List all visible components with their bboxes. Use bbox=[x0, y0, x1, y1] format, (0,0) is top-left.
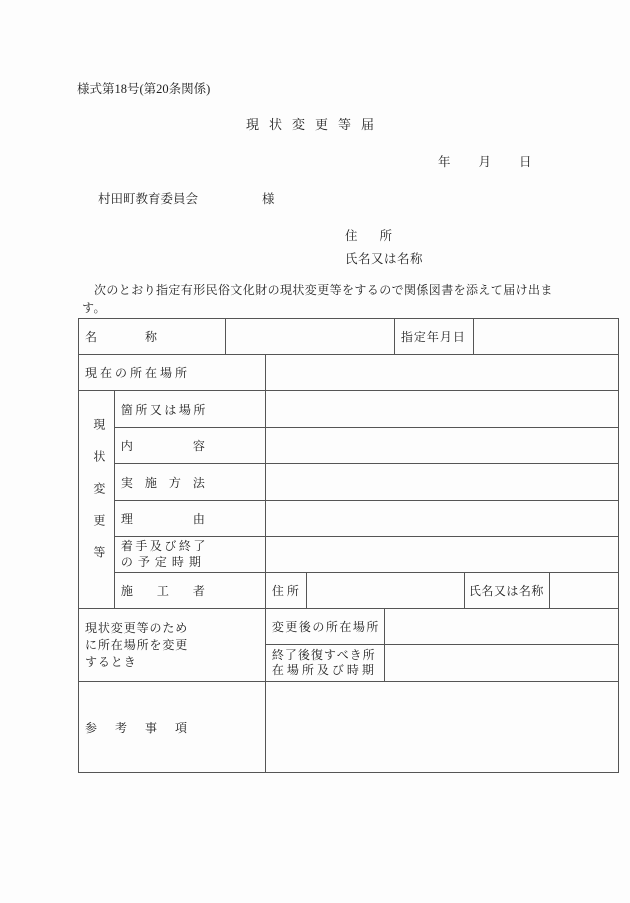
restore-label-line2: 在場所及び時期 bbox=[272, 663, 384, 679]
recipient-line: 村田町教育委員会 様 bbox=[98, 192, 275, 207]
page-title: 現状変更等届 bbox=[0, 117, 630, 132]
restore-label: 終了後復すべき所 在場所及び時期 bbox=[265, 645, 384, 682]
schedule-label-line2: の予定時期 bbox=[121, 555, 265, 571]
remarks-value-cell bbox=[265, 682, 618, 773]
row-method: 実施方法 bbox=[79, 464, 619, 501]
row-reason: 理由 bbox=[79, 501, 619, 537]
content-label: 内容 bbox=[114, 428, 265, 464]
document-page: { "page": { "form_number": "様式第18号(第20条関… bbox=[0, 0, 630, 903]
row-remarks: 参考事項 bbox=[79, 682, 619, 773]
address-label: 住所 bbox=[345, 229, 414, 244]
method-value-cell bbox=[265, 464, 618, 501]
row-current-location: 現在の所在場所 bbox=[79, 355, 619, 391]
current-location-value-cell bbox=[265, 355, 618, 391]
restore-label-line1: 終了後復すべき所 bbox=[272, 648, 384, 664]
remarks-label: 参考事項 bbox=[79, 682, 266, 773]
honorific: 様 bbox=[262, 192, 275, 207]
relocation-condition-label: 現状変更等のために所在場所を変更するとき bbox=[85, 620, 189, 671]
new-location-value-cell bbox=[384, 609, 618, 645]
row-contractor: 施工者 住所 氏名又は名称 bbox=[79, 573, 619, 609]
designation-date-label: 指定年月日 bbox=[394, 319, 473, 355]
designation-date-value-cell bbox=[473, 319, 618, 355]
notification-table: 名称 指定年月日 現在の所在場所 現状変更等 箇所又は場所 内容 実施方法 理由… bbox=[78, 318, 619, 773]
recipient-name: 村田町教育委員会 bbox=[98, 192, 198, 207]
method-label: 実施方法 bbox=[114, 464, 265, 501]
contractor-address-value-cell bbox=[306, 573, 464, 609]
contractor-label: 施工者 bbox=[114, 573, 265, 609]
schedule-value-cell bbox=[265, 537, 618, 573]
row-new-location: 現状変更等のために所在場所を変更するとき 変更後の所在場所 bbox=[79, 609, 619, 645]
contractor-address-label: 住所 bbox=[265, 573, 306, 609]
reason-label: 理由 bbox=[114, 501, 265, 537]
form-number: 様式第18号(第20条関係) bbox=[77, 82, 210, 97]
date-line: 年月日 bbox=[438, 155, 560, 170]
new-location-label: 変更後の所在場所 bbox=[265, 609, 384, 645]
body-paragraph: 次のとおり指定有形民俗文化財の現状変更等をするので関係図書を添えて届け出ます。 bbox=[82, 282, 558, 317]
reason-value-cell bbox=[265, 501, 618, 537]
spot-or-place-label: 箇所又は場所 bbox=[114, 391, 265, 428]
row-content: 内容 bbox=[79, 428, 619, 464]
schedule-label: 着手及び終了 の予定時期 bbox=[114, 537, 265, 573]
name-value-cell bbox=[225, 319, 394, 355]
schedule-label-line1: 着手及び終了 bbox=[121, 539, 265, 555]
restore-value-cell bbox=[384, 645, 618, 682]
relocation-condition-cell: 現状変更等のために所在場所を変更するとき bbox=[79, 609, 266, 682]
row-schedule: 着手及び終了 の予定時期 bbox=[79, 537, 619, 573]
content-value-cell bbox=[265, 428, 618, 464]
change-group-cell: 現状変更等 bbox=[79, 391, 115, 609]
change-group-label: 現状変更等 bbox=[91, 418, 108, 578]
name-label: 名称 bbox=[79, 319, 226, 355]
contractor-name-value-cell bbox=[549, 573, 618, 609]
row-name: 名称 指定年月日 bbox=[79, 319, 619, 355]
current-location-label: 現在の所在場所 bbox=[79, 355, 266, 391]
contractor-name-label: 氏名又は名称 bbox=[464, 573, 549, 609]
name-or-title-label: 氏名又は名称 bbox=[345, 252, 423, 267]
spot-or-place-value-cell bbox=[265, 391, 618, 428]
row-spot: 現状変更等 箇所又は場所 bbox=[79, 391, 619, 428]
